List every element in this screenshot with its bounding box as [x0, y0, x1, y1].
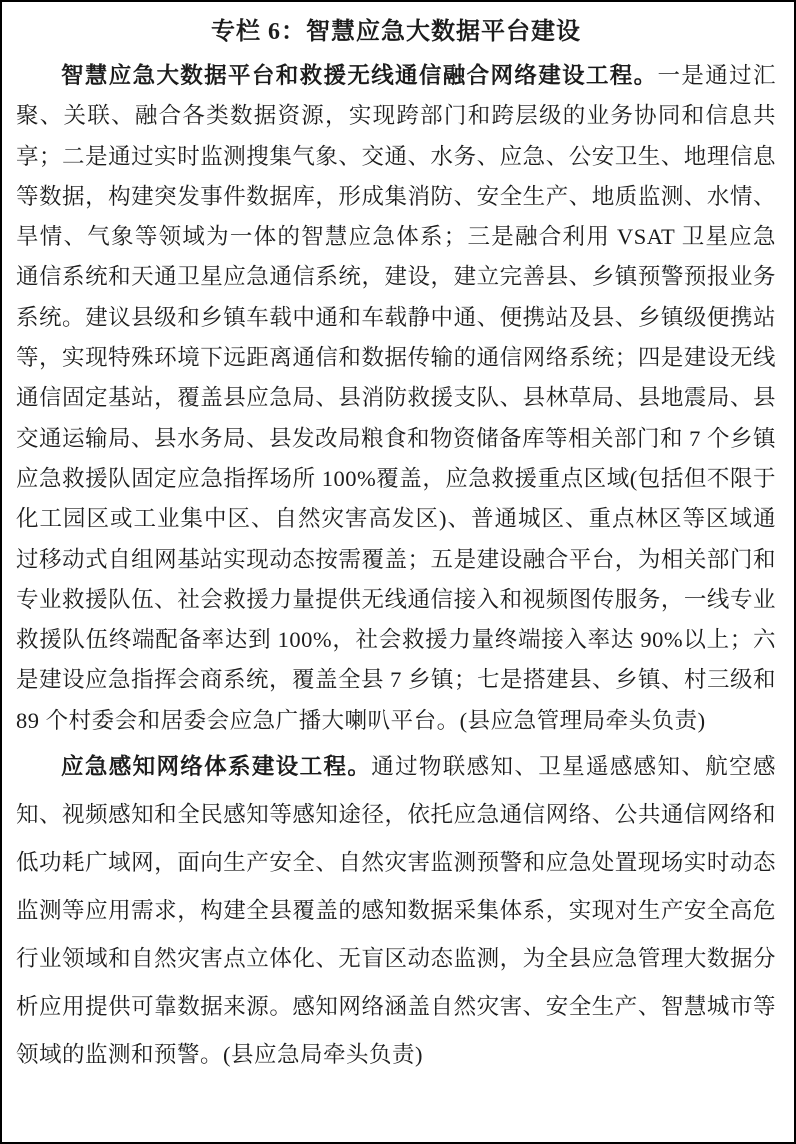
box-title: 专栏 6：智慧应急大数据平台建设: [16, 12, 776, 52]
paragraph-sensing-network: 应急感知网络体系建设工程。通过物联感知、卫星遥感感知、航空感知、视频感知和全民感…: [16, 743, 776, 1079]
paragraph-sensing-network-lead: 应急感知网络体系建设工程。: [61, 754, 371, 779]
paragraph-smart-platform-body: 一是通过汇聚、关联、融合各类数据资源，实现跨部门和跨层级的业务协同和信息共享；二…: [16, 63, 776, 733]
paragraph-smart-platform-lead: 智慧应急大数据平台和救援无线通信融合网络建设工程。: [61, 63, 658, 88]
paragraph-sensing-network-body: 通过物联感知、卫星遥感感知、航空感知、视频感知和全民感知等感知途径，依托应急通信…: [16, 754, 776, 1067]
paragraph-smart-platform: 智慧应急大数据平台和救援无线通信融合网络建设工程。一是通过汇聚、关联、融合各类数…: [16, 56, 776, 741]
document-page: 专栏 6：智慧应急大数据平台建设 智慧应急大数据平台和救援无线通信融合网络建设工…: [0, 0, 796, 1144]
